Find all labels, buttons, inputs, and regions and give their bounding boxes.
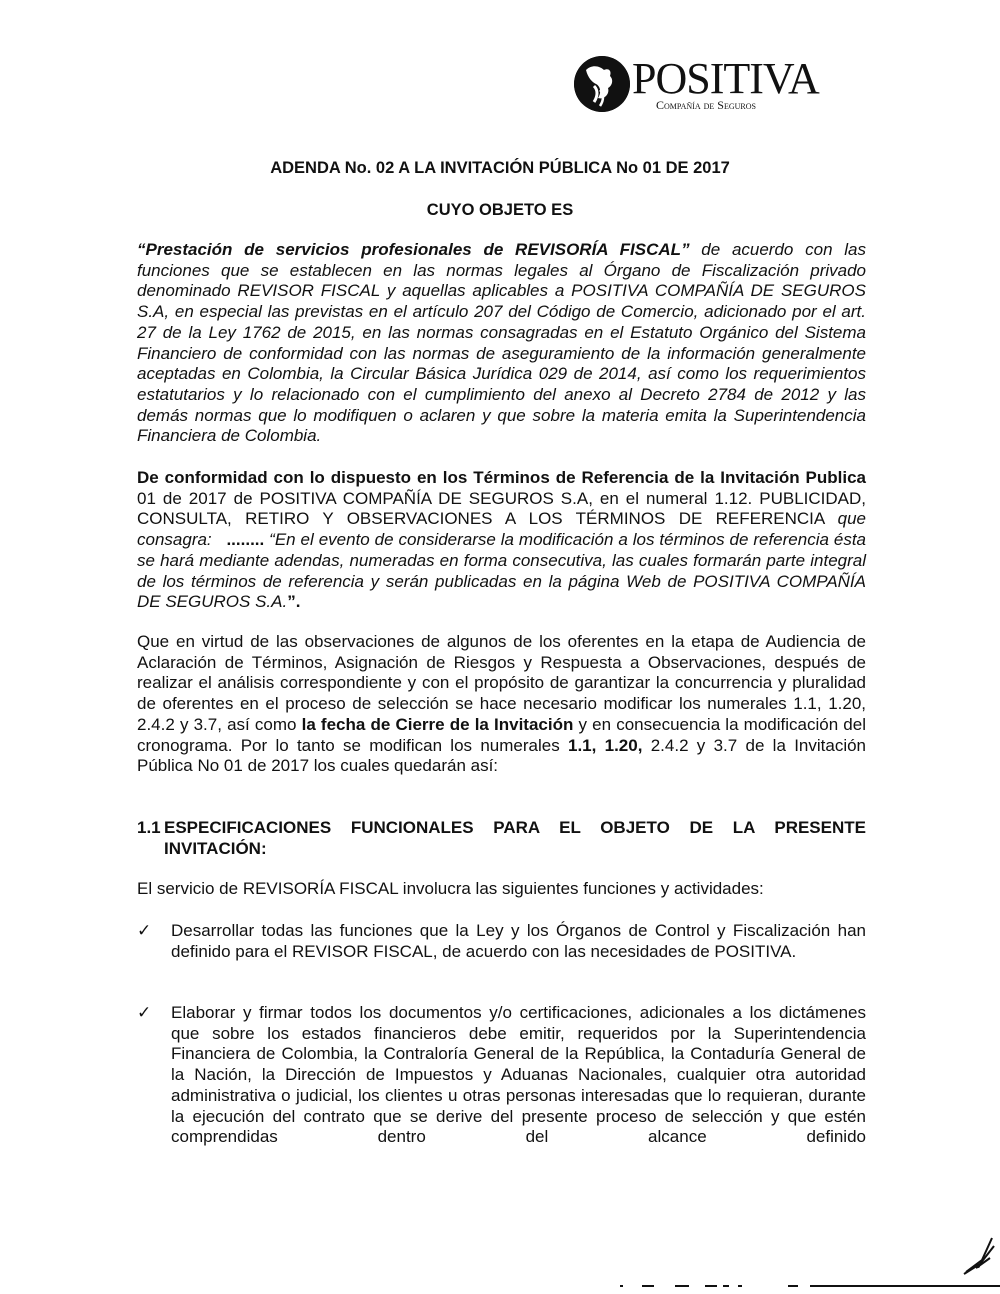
brand-tagline: Compañía de Seguros xyxy=(656,98,756,113)
reference-text: 01 de 2017 de POSITIVA COMPAÑÍA DE SEGUR… xyxy=(137,489,866,529)
footer-divider xyxy=(620,1285,1000,1287)
section-number: 1.1 xyxy=(137,818,164,839)
reference-paragraph: De conformidad con lo dispuesto en los T… xyxy=(137,468,866,613)
services-intro: El servicio de REVISORÍA FISCAL involucr… xyxy=(137,879,866,900)
modification-paragraph: Que en virtud de las observaciones de al… xyxy=(137,632,866,777)
reference-lead: De conformidad con lo dispuesto en los T… xyxy=(137,468,866,487)
reference-end: ”. xyxy=(287,592,300,611)
object-quote-close: ” xyxy=(681,240,690,259)
document-title: ADENDA No. 02 A LA INVITACIÓN PÚBLICA No… xyxy=(0,159,1000,178)
positiva-logo: POSITIVA Compañía de Seguros xyxy=(574,52,824,118)
object-paragraph: “Prestación de servicios profesionales d… xyxy=(137,240,866,447)
list-item: ✓ Elaborar y firmar todos los documentos… xyxy=(137,1003,866,1148)
brand-name: POSITIVA xyxy=(632,54,819,104)
checkmark-icon: ✓ xyxy=(137,1003,157,1024)
checkmark-icon: ✓ xyxy=(137,921,157,942)
section-title-line1: ESPECIFICACIONES FUNCIONALES PARA EL OBJ… xyxy=(164,818,866,837)
document-subtitle: CUYO OBJETO ES xyxy=(0,201,1000,220)
object-quote-open: “Prestación de servicios profesionales d… xyxy=(137,240,515,259)
object-text: de acuerdo con las funciones que se esta… xyxy=(137,240,866,445)
list-item-text: Desarrollar todas las funciones que la L… xyxy=(171,921,866,962)
reference-dots: ........ xyxy=(212,530,270,549)
section-heading: 1.1ESPECIFICACIONES FUNCIONALES PARA EL … xyxy=(137,818,866,859)
section-title-line2: INVITACIÓN: xyxy=(137,839,866,860)
list-item: ✓ Desarrollar todas las funciones que la… xyxy=(137,921,866,962)
handwritten-initials-icon xyxy=(960,1236,996,1278)
modification-numerals: 1.1, 1.20, xyxy=(568,736,642,755)
positiva-emblem-icon xyxy=(574,56,630,112)
object-quote-bold: REVISORÍA FISCAL xyxy=(515,240,681,259)
modification-closing-date: la fecha de Cierre de la Invitación xyxy=(302,715,574,734)
list-item-text: Elaborar y firmar todos los documentos y… xyxy=(171,1003,866,1148)
